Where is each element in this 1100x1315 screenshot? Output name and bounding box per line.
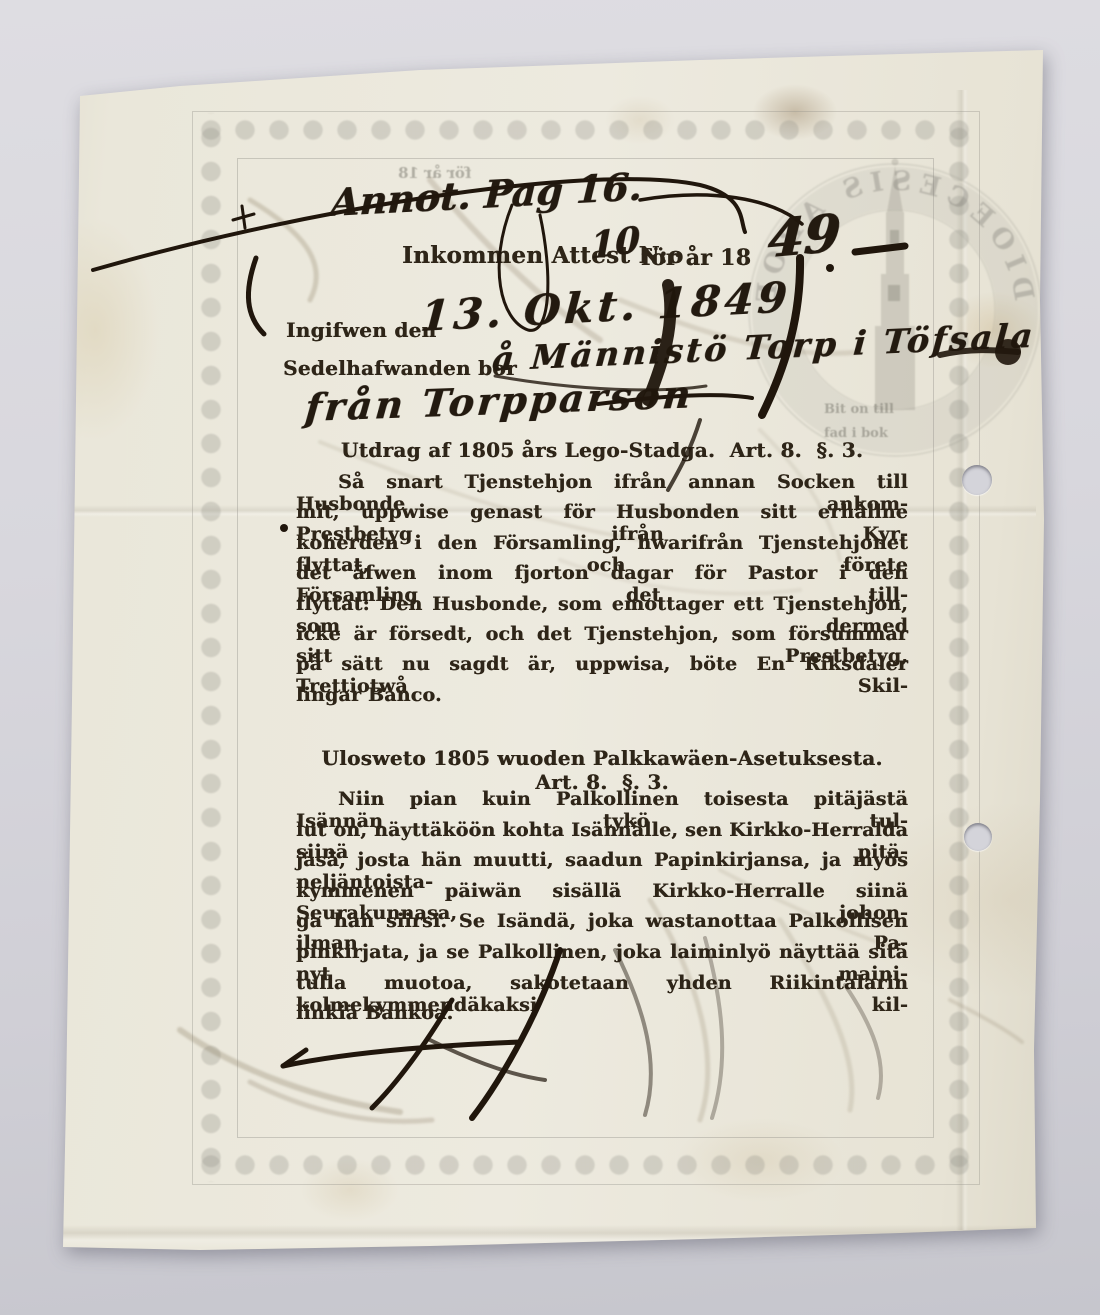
label-sedelhafwanden-bor: Sedelhafwanden bor — [283, 356, 517, 380]
handwritten-year-digits: 49 — [767, 203, 842, 271]
label-ingifwen-den: Ingifwen den — [286, 318, 436, 342]
rosette-border-right — [942, 113, 976, 1182]
text-line: lut on, näyttäköön kohta Isännälle, sen … — [296, 819, 908, 850]
vertical-crease — [956, 90, 968, 1230]
rosette-border-left — [194, 113, 228, 1182]
text-line: jäsä, josta hän muutti, saadun Papinkirj… — [296, 849, 908, 880]
text-line: Så snart Tjenstehjon ifrån annan Socken … — [296, 471, 908, 501]
paper-shadow: DIOECESIS ABOENSIS för år 18 Bit on till… — [0, 0, 1100, 1315]
handwritten-top-note: Annot. Pag 16. — [329, 164, 643, 226]
punch-hole-top — [962, 465, 992, 495]
text-line: tulla muotoa, sakotetaan yhden Riikintal… — [296, 972, 908, 1003]
text-line: ga hän siirsi. Se Isändä, joka wastanott… — [296, 910, 908, 941]
finnish-extract-heading: Ulosweto 1805 wuoden Palkkawäen-Asetukse… — [296, 746, 908, 794]
text-line: icke är försedt, och det Tjenstehjon, so… — [296, 623, 908, 653]
swedish-extract-paragraph: Så snart Tjenstehjon ifrån annan Socken … — [296, 471, 908, 714]
attest-line-suffix: för år 18 — [641, 245, 751, 271]
handwritten-attest-number: 10 — [590, 218, 640, 267]
ghost-right-bleed-1: Bit on till — [824, 402, 894, 417]
photo-background: DIOECESIS ABOENSIS för år 18 Bit on till… — [0, 0, 1100, 1315]
text-line: mit, uppwise genast för Husbonden sitt e… — [296, 501, 908, 531]
finnish-extract-paragraph: Niin pian kuin Palkollinen toisesta pitä… — [296, 788, 908, 1033]
document-paper: DIOECESIS ABOENSIS för år 18 Bit on till… — [0, 0, 1100, 1315]
rosette-border-top — [194, 113, 976, 147]
swedish-extract-heading: Utdrag af 1805 års Lego-Stadga. Art. 8. … — [296, 438, 908, 462]
text-line: kymmenen päiwän sisällä Kirkko-Herralle … — [296, 880, 908, 911]
text-line: på sätt nu sagdt är, uppwisa, böte En Ri… — [296, 653, 908, 683]
seal-tower-icon — [875, 159, 915, 411]
text-line: flyttat: Den Husbonde, som emottager ett… — [296, 593, 908, 623]
rosette-border-bottom — [194, 1148, 976, 1182]
punch-hole-bottom — [964, 823, 992, 851]
text-line: koherden i den Församling, hwarifrån Tje… — [296, 532, 908, 562]
text-line: det äfwen inom fjorton dagar för Pastor … — [296, 562, 908, 592]
text-line: pinkirjata, ja se Palkollinen, joka laim… — [296, 941, 908, 972]
text-line: Niin pian kuin Palkollinen toisesta pitä… — [296, 788, 908, 819]
